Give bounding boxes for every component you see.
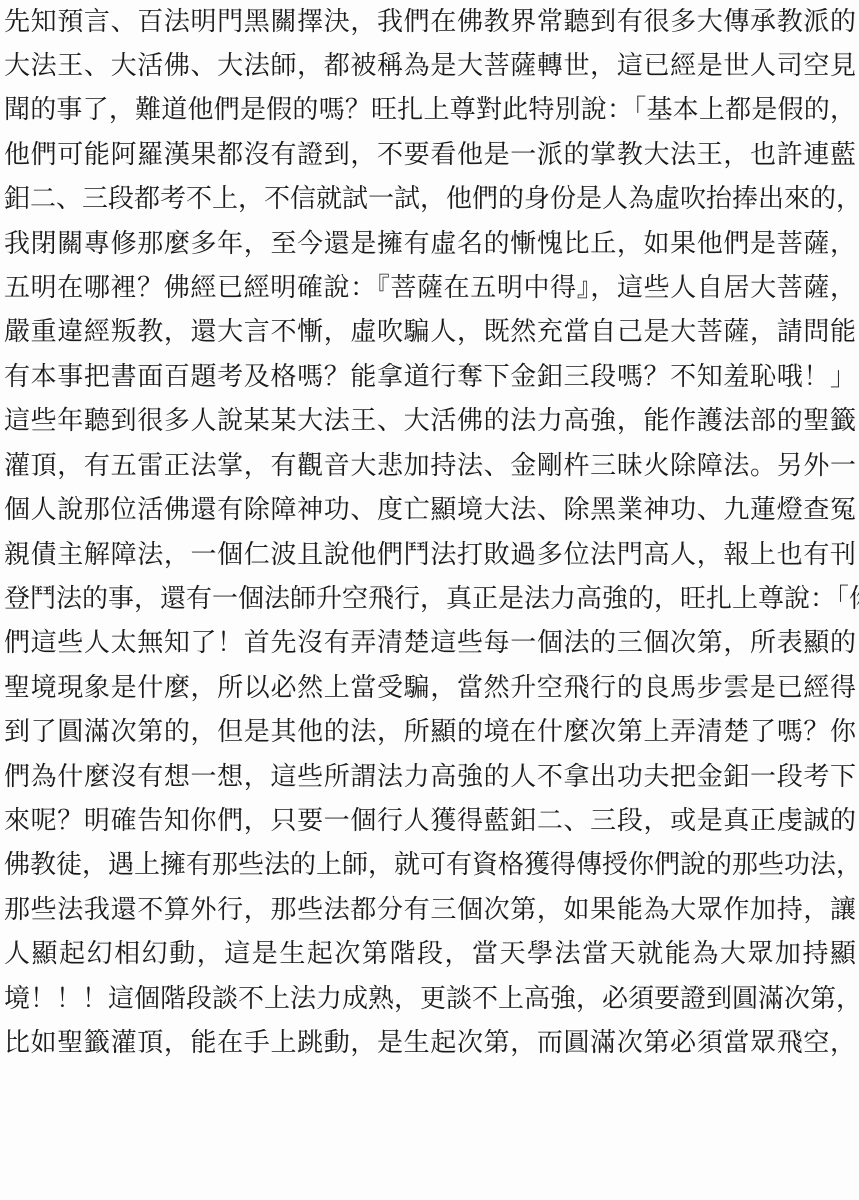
text-line: 個人說那位活佛還有除障神功、度亡顯境大法、除黑業神功、九蓮燈查冤 <box>4 488 856 532</box>
text-line: 嚴重違經叛教，還大言不慚，虛吹騙人，既然充當自己是大菩薩，請問能 <box>4 310 856 354</box>
text-line: 先知預言、百法明門黑關擇決，我們在佛教界常聽到有很多大傳承教派的 <box>4 0 856 44</box>
text-line: 大法王、大活佛、大法師，都被稱為是大菩薩轉世，這已經是世人司空見 <box>4 44 856 88</box>
text-line: 們為什麼沒有想一想，這些所謂法力高強的人不拿出功夫把金鈤一段考下 <box>4 755 856 799</box>
text-line: 他們可能阿羅漢果都沒有證到，不要看他是一派的掌教大法王，也許連藍 <box>4 133 856 177</box>
text-line: 聞的事了，難道他們是假的嗎？旺扎上尊對此特別說：「基本上都是假的， <box>4 88 856 132</box>
text-line: 那些法我還不算外行，那些法都分有三個次第，如果能為大眾作加持，讓 <box>4 888 856 932</box>
text-line: 人顯起幻相幻動，這是生起次第階段，當天學法當天就能為大眾加持顯 <box>4 932 856 976</box>
text-line: 登鬥法的事，還有一個法師升空飛行，真正是法力高強的，旺扎上尊說：「你 <box>4 577 856 621</box>
text-line: 鈤二、三段都考不上，不信就試一試，他們的身份是人為虛吹抬捧出來的， <box>4 177 856 221</box>
text-line: 到了圓滿次第的，但是其他的法，所顯的境在什麼次第上弄清楚了嗎？你 <box>4 710 856 754</box>
text-line: 五明在哪裡？佛經已經明確說：『菩薩在五明中得』，這些人自居大菩薩， <box>4 266 856 310</box>
text-line: 有本事把書面百題考及格嗎？能拿道行奪下金鈤三段嗎？不知羞恥哦！」 <box>4 355 856 399</box>
text-line: 比如聖籤灌頂，能在手上跳動，是生起次第，而圓滿次第必須當眾飛空， <box>4 1021 856 1065</box>
document-page: 先知預言、百法明門黑關擇決，我們在佛教界常聽到有很多大傳承教派的 大法王、大活佛… <box>0 0 859 1200</box>
text-line: 親債主解障法，一個仁波且說他們鬥法打敗過多位法門高人，報上也有刊 <box>4 533 856 577</box>
text-line: 這些年聽到很多人說某某大法王、大活佛的法力高強，能作護法部的聖籤 <box>4 399 856 443</box>
text-line: 我閉關專修那麼多年，至今還是擁有虛名的慚愧比丘，如果他們是菩薩， <box>4 222 856 266</box>
text-line: 佛教徒，遇上擁有那些法的上師，就可有資格獲得傳授你們說的那些功法， <box>4 843 856 887</box>
text-line: 來呢？明確告知你們，只要一個行人獲得藍鈤二、三段，或是真正虔誠的 <box>4 799 856 843</box>
text-line: 灌頂，有五雷正法掌，有觀音大悲加持法、金剛杵三昧火除障法。另外一 <box>4 444 856 488</box>
text-line: 們這些人太無知了！首先沒有弄清楚這些每一個法的三個次第，所表顯的 <box>4 621 856 665</box>
text-line: 境！！！這個階段談不上法力成熟，更談不上高強，必須要證到圓滿次第， <box>4 977 856 1021</box>
text-line: 聖境現象是什麼，所以必然上當受騙，當然升空飛行的良馬步雲是已經得 <box>4 666 856 710</box>
